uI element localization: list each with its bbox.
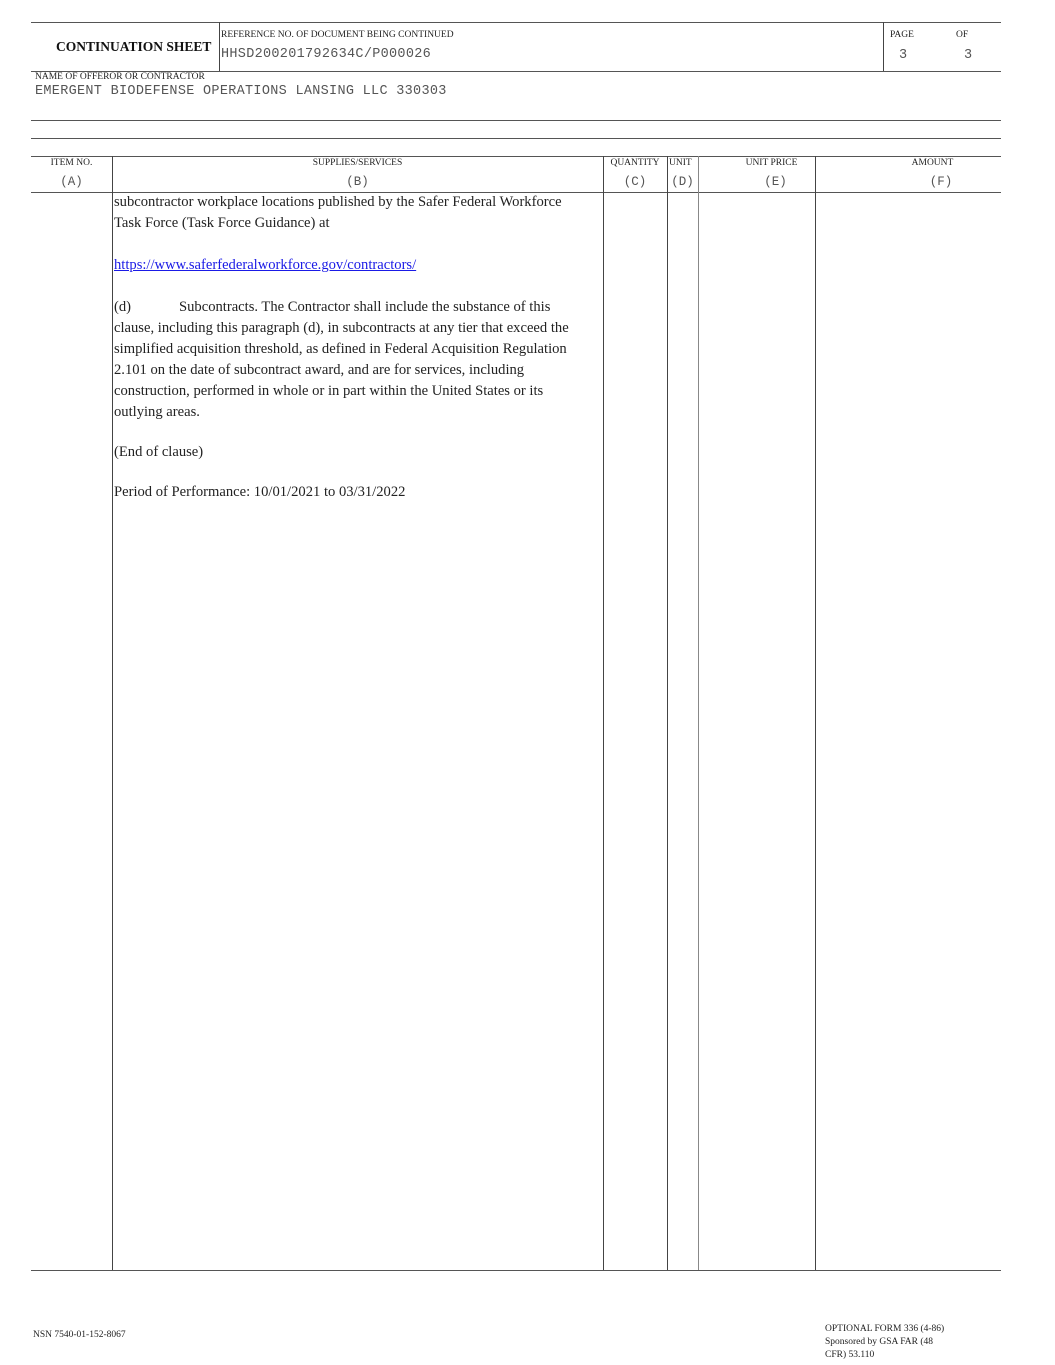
col-letter-c: (C)	[603, 175, 667, 189]
col-header-supplies: SUPPLIES/SERVICES	[112, 158, 603, 168]
col-header-amount: AMOUNT	[815, 158, 1050, 168]
end-of-clause: (End of clause)	[114, 442, 602, 463]
page-label: PAGE	[890, 30, 914, 40]
col-header-quantity: QUANTITY	[603, 158, 667, 168]
content-line: clause, including this paragraph (d), in…	[114, 318, 602, 339]
paragraph-d-marker: (d)	[114, 297, 179, 318]
blank-line	[114, 423, 602, 442]
safer-federal-workforce-link[interactable]: https://www.saferfederalworkforce.gov/co…	[114, 257, 416, 273]
form-title: CONTINUATION SHEET	[56, 39, 211, 55]
supplies-services-content: subcontractor workplace locations publis…	[114, 192, 602, 503]
col-divider-c-d	[667, 156, 668, 1270]
paragraph-d-first-line: (d)Subcontracts. The Contractor shall in…	[114, 297, 602, 318]
col-divider-a-b	[112, 156, 113, 1270]
offeror-name: EMERGENT BIODEFENSE OPERATIONS LANSING L…	[35, 84, 447, 99]
content-line: subcontractor workplace locations publis…	[114, 192, 602, 213]
page-number: 3	[899, 48, 907, 63]
blank-line	[114, 463, 602, 482]
blank-line	[114, 276, 602, 297]
reference-number: HHSD200201792634C/P000026	[221, 47, 431, 62]
col-letter-a: (A)	[31, 175, 112, 189]
col-divider-d-e	[698, 156, 699, 1270]
header-divider-right	[883, 22, 884, 71]
content-line: construction, performed in whole or in p…	[114, 381, 602, 402]
total-pages: 3	[964, 48, 972, 63]
header-top-rule	[31, 22, 1001, 23]
table-bottom-rule	[31, 1270, 1001, 1271]
col-divider-e-f	[815, 156, 816, 1270]
content-line: simplified acquisition threshold, as def…	[114, 339, 602, 360]
header-divider-left	[219, 22, 220, 71]
offeror-bottom-rule	[31, 120, 1001, 121]
content-line: outlying areas.	[114, 402, 602, 423]
form-info-line: CFR) 53.110	[825, 1349, 944, 1362]
table-top-rule	[31, 156, 1001, 157]
col-letter-d: (D)	[667, 175, 698, 189]
col-letter-f: (F)	[815, 175, 1055, 189]
nsn-number: NSN 7540-01-152-8067	[33, 1329, 126, 1342]
blank-line	[114, 234, 602, 255]
content-line: 2.101 on the date of subcontract award, …	[114, 360, 602, 381]
offeror-label: NAME OF OFFEROR OR CONTRACTOR	[35, 72, 205, 82]
col-letter-b: (B)	[112, 175, 603, 189]
col-header-unit: UNIT	[667, 158, 700, 168]
col-header-item-no: ITEM NO.	[31, 158, 112, 168]
content-line: Task Force (Task Force Guidance) at	[114, 213, 602, 234]
form-info-line: OPTIONAL FORM 336 (4-86)	[825, 1323, 944, 1336]
paragraph-d-heading-text: Subcontracts. The Contractor shall inclu…	[179, 299, 550, 315]
form-info: OPTIONAL FORM 336 (4-86) Sponsored by GS…	[825, 1323, 944, 1362]
form-info-line: Sponsored by GSA FAR (48	[825, 1336, 944, 1349]
of-label: OF	[956, 30, 968, 40]
blank-row-rule	[31, 138, 1001, 139]
col-divider-b-c	[603, 156, 604, 1270]
reference-label: REFERENCE NO. OF DOCUMENT BEING CONTINUE…	[221, 30, 454, 40]
period-of-performance: Period of Performance: 10/01/2021 to 03/…	[114, 482, 602, 503]
